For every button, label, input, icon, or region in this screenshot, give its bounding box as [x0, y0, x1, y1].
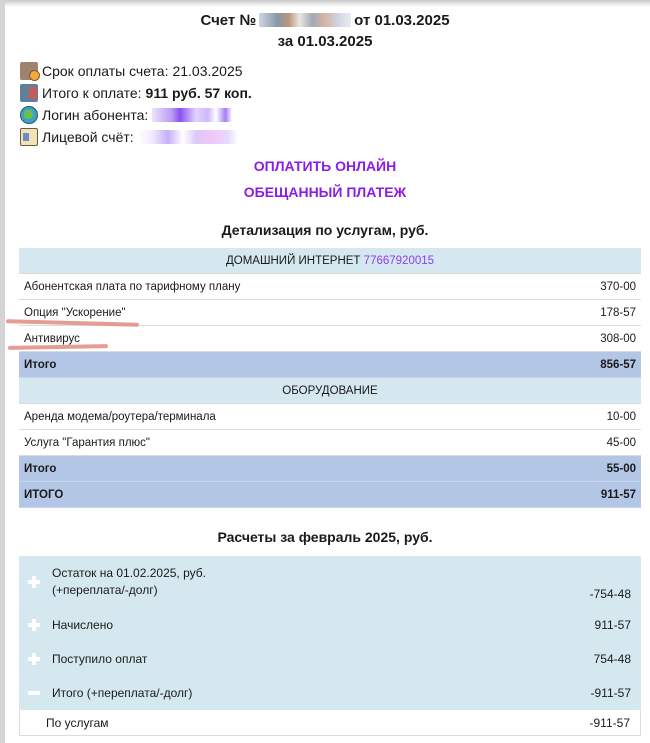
row-label-note: (+переплата/-долг) — [52, 582, 590, 599]
total-amount: 55-00 — [536, 456, 641, 482]
window-left-border — [0, 0, 5, 743]
invoice-title: Счет №от 01.03.2025 — [0, 12, 650, 29]
charged-row[interactable]: Начислено 911-57 — [19, 608, 641, 642]
group-name: ОБОРУДОВАНИЕ — [19, 378, 641, 404]
pay-online-link[interactable]: ОПЛАТИТЬ ОНЛАЙН — [0, 158, 650, 174]
table-row: Абонентская плата по тарифному плану 370… — [19, 274, 641, 300]
row-label: Остаток на 01.02.2025, руб. — [52, 565, 590, 582]
row-label: Поступило оплат — [52, 651, 594, 668]
row-label: Начислено — [52, 617, 595, 634]
top-shadow — [5, 0, 650, 7]
grand-total-amount: 911-57 — [536, 482, 641, 508]
balance-total-row[interactable]: Итого (+переплата/-долг) -911-57 — [19, 676, 641, 710]
due-date-value: 21.03.2025 — [172, 63, 242, 79]
calculations-title: Расчеты за февраль 2025, руб. — [0, 529, 650, 545]
table-row: Услуга "Гарантия плюс" 45-00 — [19, 430, 641, 456]
details-title: Детализация по услугам, руб. — [0, 222, 650, 238]
account-row: Лицевой счёт: — [20, 128, 238, 146]
service-amount: 10-00 — [536, 404, 641, 430]
expand-plus-icon[interactable] — [28, 653, 40, 665]
grand-total-label: ИТОГО — [19, 482, 536, 508]
service-amount: 370-00 — [536, 274, 641, 300]
table-row: Антивирус 308-00 — [19, 326, 641, 352]
amount-due-value: 911 руб. 57 коп. — [146, 85, 252, 101]
group-phone-link[interactable]: 77667920015 — [364, 255, 434, 267]
globe-icon — [20, 106, 38, 124]
service-name: Абонентская плата по тарифному плану — [19, 274, 536, 300]
login-row: Логин абонента: — [20, 106, 232, 124]
row-label: По услугам — [46, 716, 590, 730]
total-label: Итого — [19, 456, 536, 482]
services-table: ДОМАШНИЙ ИНТЕРНЕТ 77667920015 Абонентска… — [19, 248, 641, 508]
service-amount: 45-00 — [536, 430, 641, 456]
due-date-label: Срок оплаты счета: — [42, 63, 168, 79]
row-value: -911-57 — [591, 686, 631, 700]
row-value: -911-57 — [590, 716, 630, 730]
expand-plus-icon[interactable] — [28, 619, 40, 631]
invoice-period: за 01.03.2025 — [0, 33, 650, 50]
group-header-equipment: ОБОРУДОВАНИЕ — [19, 378, 641, 404]
invoice-title-prefix: Счет № — [200, 12, 256, 29]
service-name: Аренда модема/роутера/терминала — [19, 404, 536, 430]
row-value: 754-48 — [594, 652, 631, 666]
service-amount: 178-57 — [536, 300, 641, 326]
login-label: Логин абонента: — [42, 107, 148, 123]
redacted-account — [138, 130, 238, 144]
group-header-internet: ДОМАШНИЙ ИНТЕРНЕТ 77667920015 — [19, 248, 641, 274]
calculations-panel: Остаток на 01.02.2025, руб.(+переплата/-… — [19, 556, 641, 710]
calendar-clock-icon — [20, 62, 38, 80]
amount-due-row: Итого к оплате: 911 руб. 57 коп. — [20, 84, 252, 102]
row-value: 911-57 — [595, 618, 631, 632]
collapse-minus-icon[interactable] — [28, 687, 40, 699]
table-row: Аренда модема/роутера/терминала 10-00 — [19, 404, 641, 430]
invoice-date: от 01.03.2025 — [354, 12, 449, 29]
total-label: Итого — [19, 352, 536, 378]
due-date-row: Срок оплаты счета: 21.03.2025 — [20, 62, 243, 80]
row-value: -754-48 — [590, 587, 631, 608]
payments-row[interactable]: Поступило оплат 754-48 — [19, 642, 641, 676]
grand-total-row: ИТОГО 911-57 — [19, 482, 641, 508]
service-amount: 308-00 — [536, 326, 641, 352]
account-label: Лицевой счёт: — [42, 129, 134, 145]
group-total-row: Итого 856-57 — [19, 352, 641, 378]
redacted-invoice-number — [259, 13, 351, 27]
group-name: ДОМАШНИЙ ИНТЕРНЕТ — [226, 255, 361, 267]
id-card-icon — [20, 128, 38, 146]
by-services-row: По услугам -911-57 — [19, 710, 641, 736]
expand-plus-icon[interactable] — [28, 576, 40, 588]
service-name: Услуга "Гарантия плюс" — [19, 430, 536, 456]
promised-payment-link[interactable]: ОБЕЩАННЫЙ ПЛАТЕЖ — [0, 184, 650, 200]
amount-due-label: Итого к оплате: — [42, 85, 142, 101]
row-label: Итого (+переплата/-долг) — [52, 685, 591, 702]
group-total-row: Итого 55-00 — [19, 456, 641, 482]
balance-start-row[interactable]: Остаток на 01.02.2025, руб.(+переплата/-… — [19, 556, 641, 608]
bill-icon — [20, 84, 38, 102]
total-amount: 856-57 — [536, 352, 641, 378]
redacted-login — [152, 108, 232, 122]
